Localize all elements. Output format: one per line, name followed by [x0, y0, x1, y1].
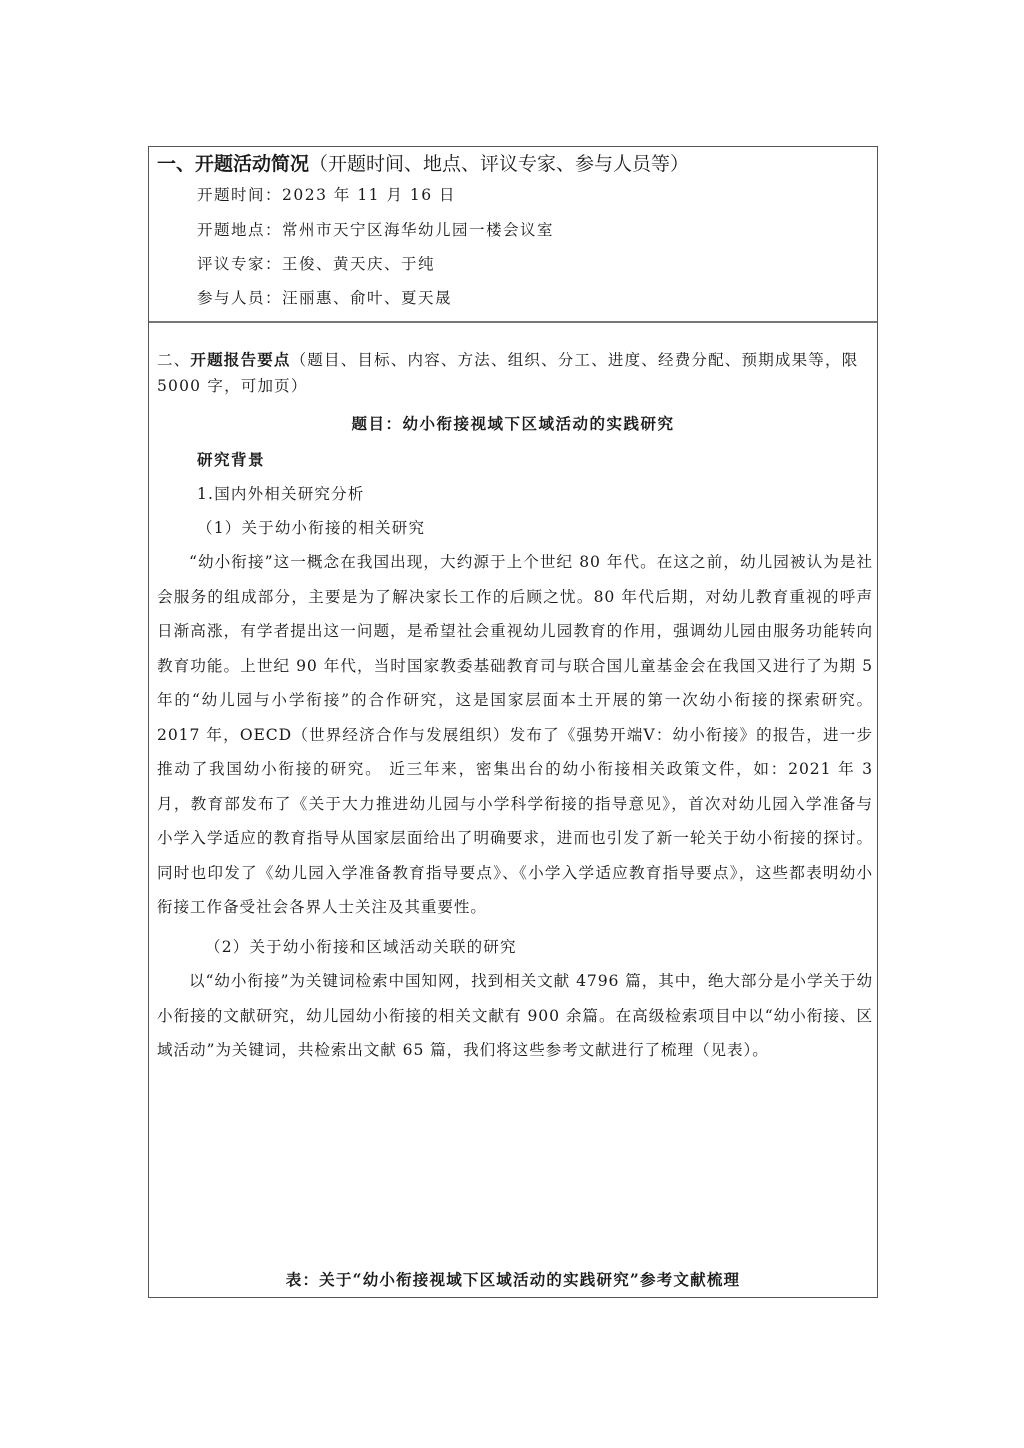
- info-value: 2023 年 11 月 16 日: [282, 186, 456, 204]
- item-heading-2: （2）关于幼小衔接和区域活动关联的研究: [205, 934, 517, 960]
- section-activity-overview: 一、开题活动简况（开题时间、地点、评议专家、参与人员等） 开题时间：2023 年…: [149, 147, 877, 323]
- info-line-experts: 评议专家：王俊、黄天庆、于纯: [197, 253, 435, 275]
- info-value: 常州市天宁区海华幼儿园一楼会议室: [282, 221, 554, 239]
- info-line-location: 开题地点：常州市天宁区海华幼儿园一楼会议室: [197, 219, 554, 241]
- info-line-time: 开题时间：2023 年 11 月 16 日: [197, 184, 456, 206]
- info-label: 参与人员：: [197, 289, 282, 307]
- report-form-table: 一、开题活动简况（开题时间、地点、评议专家、参与人员等） 开题时间：2023 年…: [148, 146, 878, 1298]
- section-two-title: 开题报告要点: [190, 350, 290, 369]
- section-one-note: （开题时间、地点、评议专家、参与人员等）: [309, 153, 689, 175]
- info-label: 开题时间：: [197, 186, 282, 204]
- report-title: 题目：幼小衔接视域下区域活动的实践研究: [149, 411, 877, 437]
- section-one-title: 一、开题活动简况: [157, 153, 309, 175]
- paragraph-2: 以“幼小衔接”为关键词检索中国知网，找到相关文献 4796 篇，其中，绝大部分是…: [157, 964, 873, 1068]
- info-value: 王俊、黄天庆、于纯: [282, 255, 435, 273]
- info-label: 评议专家：: [197, 255, 282, 273]
- section-two-prefix: 二、: [157, 351, 190, 369]
- info-label: 开题地点：: [197, 221, 282, 239]
- table-caption: 表：关于“幼小衔接视域下区域活动的实践研究”参考文献梳理: [149, 1267, 877, 1293]
- subsection-heading: 1.国内外相关研究分析: [197, 481, 365, 507]
- info-value: 汪丽惠、俞叶、夏天晟: [282, 289, 452, 307]
- item-heading-1: （1）关于幼小衔接的相关研究: [197, 515, 425, 541]
- paragraph-1: “幼小衔接”这一概念在我国出现，大约源于上个世纪 80 年代。在这之前，幼儿园被…: [157, 545, 873, 925]
- section-report-points: 二、开题报告要点（题目、目标、内容、方法、组织、分工、进度、经费分配、预期成果等…: [149, 323, 877, 1297]
- section-one-heading: 一、开题活动简况（开题时间、地点、评议专家、参与人员等）: [157, 150, 689, 178]
- info-line-participants: 参与人员：汪丽惠、俞叶、夏天晟: [197, 287, 452, 309]
- research-background-heading: 研究背景: [197, 447, 265, 473]
- section-two-heading: 二、开题报告要点（题目、目标、内容、方法、组织、分工、进度、经费分配、预期成果等…: [157, 347, 873, 399]
